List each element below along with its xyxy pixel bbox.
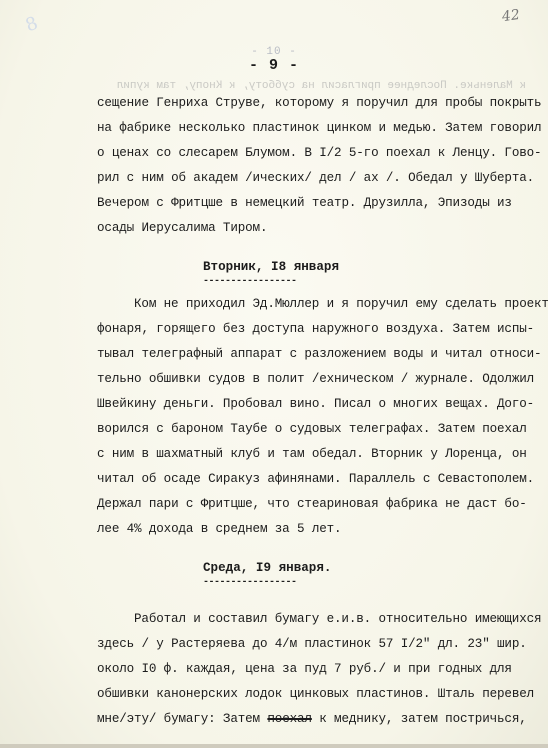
archive-folio-number: 42 — [501, 7, 521, 25]
text-line: Ком не приходил Эд.Мюллер и я поручил ем… — [134, 297, 548, 311]
text-line: тывал телеграфный аппарат с разложением … — [97, 347, 541, 361]
text-line: около I0 ф. каждая, цена за пуд 7 руб./ … — [97, 662, 512, 676]
date-heading-tuesday: Вторник, I8 января — [203, 260, 339, 274]
text-line: о ценах со слесарем Блумом. В I/2 5-го п… — [97, 146, 541, 160]
page-number: - 9 - — [0, 57, 548, 74]
ghost-pencil-mark: 8 — [23, 13, 41, 37]
text-line: мне/эту/ бумагу: Затем поехал к меднику,… — [97, 712, 527, 726]
document-page: 8 42 - 10 - - 9 - к Маленьке. Последнее … — [0, 0, 548, 744]
text-line: на фабрике несколько пластинок цинком и … — [97, 121, 541, 135]
text-segment: мне/эту/ бумагу: Затем — [97, 712, 267, 726]
text-line: Работал и составил бумагу е.и.в. относит… — [134, 612, 541, 626]
page-bottom-edge — [0, 744, 548, 748]
text-line: сещение Генриха Струве, которому я поруч… — [97, 96, 541, 110]
text-line: с ним в шахматный клуб и там обедал. Вто… — [97, 447, 527, 461]
text-line: лее 4% дохода в среднем за 5 лет. — [97, 522, 341, 536]
text-line: ворился с бароном Таубе о судовых телегр… — [97, 422, 527, 436]
text-line: тельно обшивки судов в полит /ехническом… — [97, 372, 534, 386]
text-line: рил с ним об академ /ических/ дел / ах /… — [97, 171, 534, 185]
heading-underline: ----------------- — [203, 577, 297, 588]
text-line: обшивки канонерских лодок цинковых пласт… — [97, 687, 534, 701]
text-line: Вечером с Фритцше в немецкий театр. Друз… — [97, 196, 512, 210]
text-line: осады Иерусалима Тиром. — [97, 221, 267, 235]
text-segment: к меднику, затем постричься, — [312, 712, 527, 726]
text-line: читал об осаде Сиракуз афинянами. Паралл… — [97, 472, 534, 486]
text-line: Держал пари с Фритцше, что стеариновая ф… — [97, 497, 527, 511]
text-line: здесь / у Растеряева до 4/м пластинок 57… — [97, 637, 527, 651]
text-line: фонаря, горящего без доступа наружного в… — [97, 322, 534, 336]
date-heading-wednesday: Среда, I9 января. — [203, 561, 331, 575]
bleed-through-text: к Маленьке. Последнее пригласил на суббо… — [96, 80, 526, 92]
struck-out-word: поехал — [267, 712, 311, 726]
heading-underline: ----------------- — [203, 276, 297, 287]
text-line: Швейкину деньги. Пробовал вино. Писал о … — [97, 397, 534, 411]
